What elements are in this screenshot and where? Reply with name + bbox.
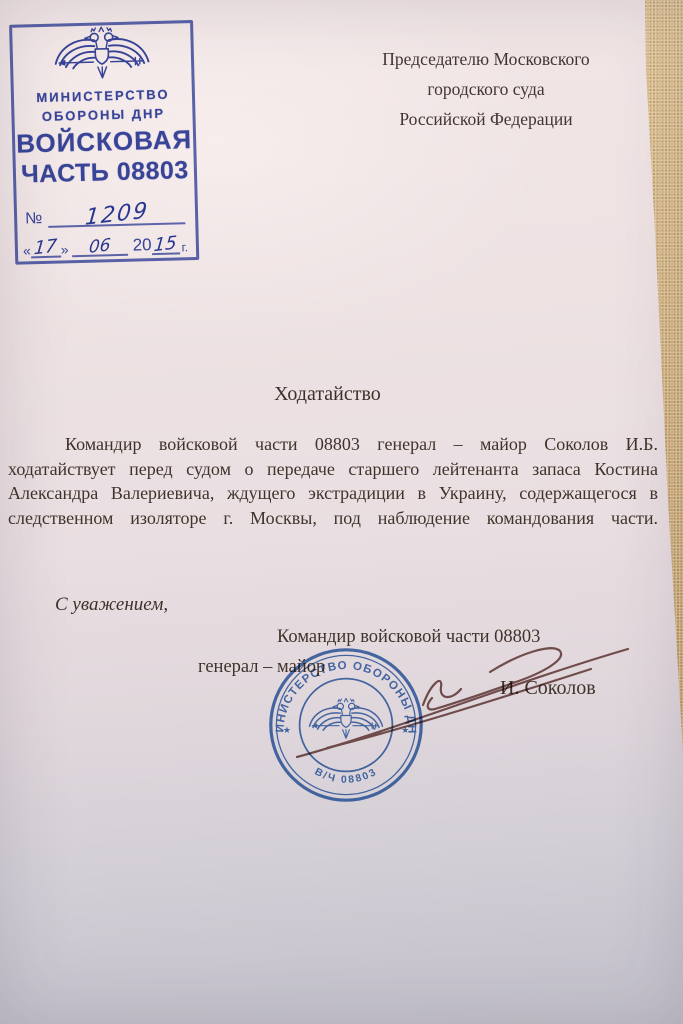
closing-salutation: С уважением, — [55, 594, 168, 616]
body-line: следственном изоляторе г. Москвы, под на… — [8, 506, 658, 531]
document-photo: МИНИСТЕРСТВО ОБОРОНЫ ДНР ВОЙСКОВАЯ ЧАСТЬ… — [0, 0, 683, 1024]
year-suffix: г. — [182, 240, 189, 254]
document-title: Ходатайство — [0, 383, 655, 406]
stamp-date-row: « 17 » 06 20 15 г. — [23, 230, 189, 258]
year-prefix: 20 — [132, 235, 151, 255]
body-line: ходатайствует перед судом о передаче ста… — [8, 457, 658, 482]
recipient-line2: городского суда — [345, 74, 627, 104]
handwritten-year: 15 — [153, 232, 178, 256]
handwritten-month: 06 — [88, 235, 111, 258]
month-line: 06 — [71, 234, 128, 257]
military-unit-rect-stamp: МИНИСТЕРСТВО ОБОРОНЫ ДНР ВОЙСКОВАЯ ЧАСТЬ… — [9, 20, 199, 265]
year-line: 15 — [151, 231, 180, 255]
handwritten-number: 1209 — [84, 198, 150, 231]
recipient-line3: Российской Федерации — [345, 104, 627, 134]
day-line: 17 — [30, 235, 61, 259]
handwritten-day: 17 — [33, 235, 58, 259]
recipient-line1: Председателю Московского — [345, 44, 627, 74]
number-label: № — [25, 210, 43, 228]
stamp-org-line2: ОБОРОНЫ ДНР — [14, 105, 192, 125]
stamp-org-line1: МИНИСТЕРСТВО — [14, 86, 192, 106]
stamp-number-row: № 1209 — [25, 197, 186, 228]
recipient-block: Председателю Московского городского суда… — [345, 44, 627, 134]
stamp-unit-line2: ЧАСТЬ 08803 — [16, 157, 195, 189]
double-eagle-icon — [42, 25, 161, 86]
body-line: Александра Валериевича, ждущего экстради… — [8, 481, 658, 506]
close-quote: » — [61, 241, 69, 257]
body-paragraph: Командир войсковой части 08803 генерал –… — [8, 432, 658, 531]
body-line: Командир войсковой части 08803 генерал –… — [8, 432, 658, 457]
stamp-unit-line1: ВОЙСКОВАЯ — [15, 126, 194, 158]
number-line: 1209 — [48, 197, 185, 228]
pen-signature — [285, 626, 643, 774]
